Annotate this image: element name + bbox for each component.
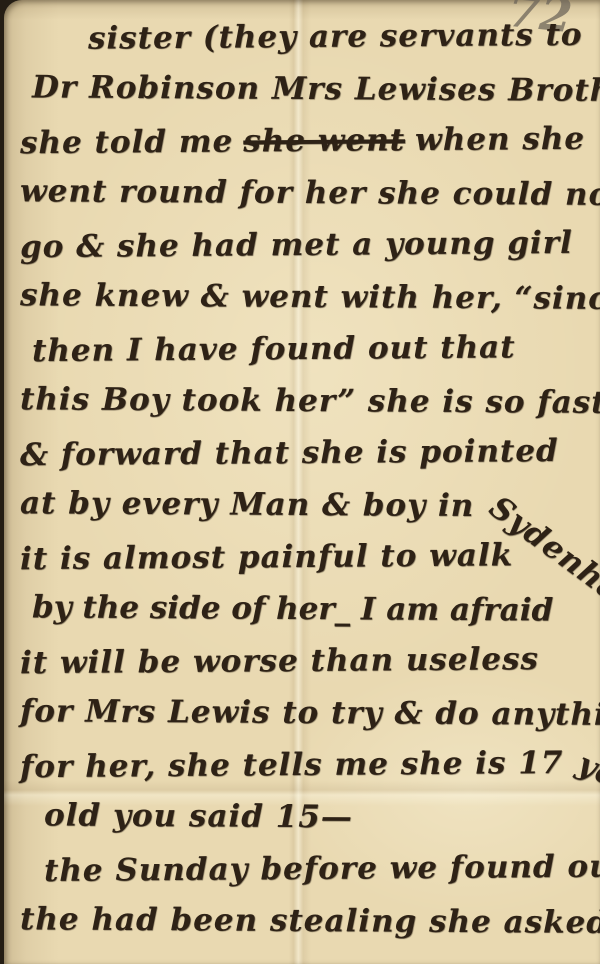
handwritten-line: she told meshe wentwhen she	[10, 114, 600, 171]
letter-page: 72 sister (they are servants to Dr Robin…	[4, 0, 600, 964]
handwritten-line: for her, she tells me she is 17years	[10, 738, 600, 795]
handwritten-line: the had been stealing she asked	[10, 894, 600, 950]
handwritten-line: it is almost painful to walk	[10, 530, 600, 587]
handwritten-line: at by every Man & boy inSydenham	[10, 478, 600, 534]
handwritten-line: for Mrs Lewis to try & do anything	[10, 686, 600, 742]
handwritten-line: go & she had met a young girl	[10, 218, 600, 275]
handwritten-line: by the side of her_ I am afraid	[10, 582, 600, 638]
handwritten-line: old you said 15—	[10, 790, 600, 846]
handwritten-line: it will be worse than useless	[10, 634, 600, 691]
line-text: she told me	[20, 124, 234, 162]
line-text: for her, she tells me she is 17	[20, 745, 564, 785]
handwritten-line: the Sunday before we found out	[10, 842, 600, 899]
handwritten-line: then I have found out that	[10, 322, 600, 379]
letter-body: sister (they are servants to Dr Robinson…	[4, 12, 600, 948]
handwritten-line: went round for her she could not	[10, 166, 600, 222]
handwritten-line: Dr Robinson Mrs Lewises Brother	[10, 62, 600, 118]
handwritten-line: & forward that she is pointed	[10, 426, 600, 483]
handwritten-line: sister (they are servants to	[10, 10, 600, 67]
line-text: when she	[415, 121, 585, 158]
line-text: at by every Man & boy in	[20, 485, 474, 524]
handwritten-line: this Boy took her” she is so fast	[10, 374, 600, 430]
struck-out-text: she went	[243, 122, 405, 159]
handwritten-line: she knew & went with her, “since	[10, 270, 600, 326]
